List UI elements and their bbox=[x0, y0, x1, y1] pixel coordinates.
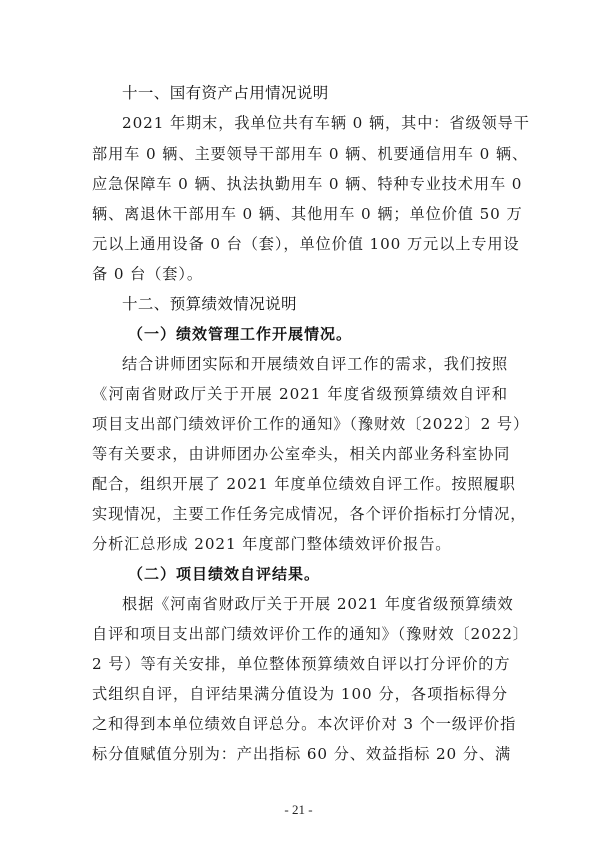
paragraph-line: 部用车 0 辆、主要领导干部用车 0 辆、机要通信用车 0 辆、 bbox=[92, 144, 508, 164]
document-page: 十一、国有资产占用情况说明 2021 年期末，我单位共有车辆 0 辆，其中：省级… bbox=[0, 0, 597, 848]
paragraph-line: 根据《河南省财政厅关于开展 2021 年度省级预算绩效 bbox=[122, 594, 508, 614]
paragraph-line: 分析汇总形成 2021 年度部门整体绩效评价报告。 bbox=[92, 534, 508, 554]
paragraph-line: 等有关要求，由讲师团办公室牵头，相关内部业务科室协同 bbox=[92, 444, 508, 464]
paragraph-line: 项目支出部门绩效评价工作的通知》（豫财效〔2022〕2 号） bbox=[92, 414, 508, 434]
paragraph-line: 配合，组织开展了 2021 年度单位绩效自评工作。按照履职 bbox=[92, 474, 508, 494]
page-number: - 21 - bbox=[0, 802, 597, 818]
subsection-heading-2: （二）项目绩效自评结果。 bbox=[128, 564, 320, 584]
paragraph-line: 辆、离退休干部用车 0 辆、其他用车 0 辆；单位价值 50 万 bbox=[92, 204, 508, 224]
paragraph-line: 自评和项目支出部门绩效评价工作的通知》（豫财效〔2022〕 bbox=[92, 624, 508, 644]
section-heading-11: 十一、国有资产占用情况说明 bbox=[122, 83, 329, 103]
paragraph-line: 应急保障车 0 辆、执法执勤用车 0 辆、特种专业技术用车 0 bbox=[92, 174, 508, 194]
paragraph-line: 《河南省财政厅关于开展 2021 年度省级预算绩效自评和 bbox=[92, 384, 508, 404]
paragraph-line: 2 号）等有关安排，单位整体预算绩效自评以打分评价的方 bbox=[92, 654, 508, 674]
paragraph-line: 标分值赋值分别为：产出指标 60 分、效益指标 20 分、满 bbox=[92, 744, 508, 764]
paragraph-line: 结合讲师团实际和开展绩效自评工作的需求，我们按照 bbox=[122, 354, 508, 374]
paragraph-line: 式组织自评，自评结果满分值设为 100 分，各项指标得分 bbox=[92, 684, 508, 704]
section-heading-12: 十二、预算绩效情况说明 bbox=[122, 294, 297, 314]
subsection-heading-1: （一）绩效管理工作开展情况。 bbox=[128, 324, 352, 344]
paragraph-line: 2021 年期末，我单位共有车辆 0 辆，其中：省级领导干 bbox=[122, 113, 508, 133]
paragraph-line: 之和得到本单位绩效自评总分。本次评价对 3 个一级评价指 bbox=[92, 714, 508, 734]
paragraph-line: 元以上通用设备 0 台（套），单位价值 100 万元以上专用设 bbox=[92, 234, 508, 254]
paragraph-line: 备 0 台（套）。 bbox=[92, 264, 508, 284]
paragraph-line: 实现情况，主要工作任务完成情况，各个评价指标打分情况， bbox=[92, 504, 508, 524]
